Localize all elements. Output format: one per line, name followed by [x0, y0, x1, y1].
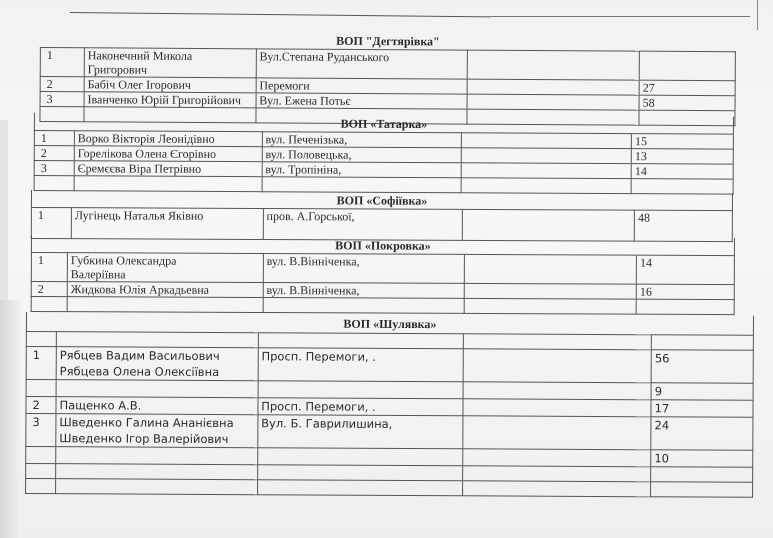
address-detail-redacted [463, 416, 651, 450]
street-address: вул. В.Вінніченка, [263, 254, 465, 284]
person-name: Шведенко Галина АнанієвнаШведенко Ігор В… [56, 414, 258, 448]
age-value: 14 [631, 164, 733, 180]
row-number: 1 [34, 131, 74, 146]
age-value: 58 [639, 95, 735, 111]
section-table-shulyavka: ВОП «Шулявка» 1 Рябцев Вадим ВасильовичР… [25, 312, 754, 498]
address-detail-redacted [468, 79, 640, 95]
address-detail-redacted [468, 50, 640, 80]
age-value [639, 51, 735, 81]
age-value: 13 [631, 149, 733, 165]
street-address: вул. В.Вінніченка, [263, 283, 465, 299]
person-name: Ворко Вікторія Леонідівно [74, 131, 262, 147]
row-number: 2 [34, 146, 74, 161]
person-name: Жидкова Юлія Аркадьевна [67, 282, 263, 298]
address-detail-redacted [462, 133, 632, 149]
row-number: 2 [26, 397, 56, 414]
person-name: Наконечний МиколаГригорович [84, 48, 256, 78]
person-name: Єремєєва Віра Петрівно [74, 161, 262, 177]
street-address: вул. Половецька, [262, 147, 462, 163]
row-number: 2 [31, 282, 67, 297]
address-detail-redacted [463, 399, 651, 417]
age-value: 27 [639, 80, 735, 96]
row-number: 1 [40, 48, 84, 77]
row-number: 3 [34, 161, 74, 176]
address-detail-redacted [467, 94, 639, 110]
empty-row [26, 479, 753, 498]
scanned-document-page: ВОП "Дегтярівка" 1 Наконечний МиколаГриг… [0, 0, 773, 538]
age-value: 17 [651, 400, 753, 418]
street-address: вул. Печенізька, [262, 132, 462, 148]
street-address: вул. Тропініна, [262, 162, 462, 178]
row-number: 3 [40, 92, 84, 107]
address-detail-redacted [464, 349, 652, 383]
page-edge-shadow [0, 300, 22, 538]
age-value: 14 [636, 255, 734, 284]
person-name [56, 380, 258, 398]
person-name: Рябцев Вадим ВасильовичРябцева Олена Оле… [56, 347, 258, 381]
age-value: 16 [636, 284, 734, 299]
address-detail-redacted [465, 283, 637, 299]
previous-table-bottom-line [70, 12, 490, 17]
table-row: 3 Шведенко Галина АнанієвнаШведенко Ігор… [26, 414, 753, 451]
street-address [257, 448, 463, 466]
person-name: Губкина ОлександраВалеріївна [67, 253, 263, 283]
section-table-sofiivka: ВОП «Софіївка» 1 Лугінець Наталья Яківно… [31, 190, 733, 242]
row-number [26, 380, 56, 397]
row-number: 1 [26, 347, 56, 380]
address-detail-redacted [465, 254, 637, 284]
age-value: 56 [651, 350, 753, 384]
age-value: 10 [651, 450, 753, 468]
street-address: Просп. Перемоги, . [258, 348, 464, 382]
age-value: 15 [631, 134, 733, 150]
row-number: 1 [31, 253, 67, 282]
row-number: 3 [26, 414, 56, 447]
table-row: 1 Наконечний МиколаГригорович Вул.Степан… [40, 48, 735, 81]
row-number: 1 [31, 208, 71, 239]
table-row: 1 Рябцев Вадим ВасильовичРябцева Олена О… [26, 347, 753, 384]
person-name: Пащенко А.В. [56, 397, 258, 415]
table-row: 1 Губкина ОлександраВалеріївна вул. В.Ві… [31, 253, 734, 285]
person-name: Горелікова Олена Єгорівно [74, 146, 262, 162]
street-address: Вул.Степана Руданського [256, 49, 468, 79]
age-value: 24 [651, 417, 753, 451]
street-address [258, 381, 464, 399]
previous-table-right-line [757, 0, 758, 30]
street-address: Просп. Перемоги, . [258, 398, 464, 416]
previous-table-bottom-line [490, 16, 750, 17]
row-number: 2 [40, 77, 84, 92]
address-detail-redacted [464, 382, 652, 400]
address-detail-redacted [463, 449, 651, 467]
section-table-tatarka: ВОП «Татарка» 1 Ворко Вікторія Леонідівн… [34, 113, 734, 195]
section-table-pokrovka: ВОП «Покровка» 1 Губкина ОлександраВалер… [31, 235, 735, 315]
page-edge-shadow [0, 120, 8, 320]
street-address: Вул. Ежена Потьє [256, 93, 468, 109]
person-name [56, 447, 258, 465]
street-address: Вул. Б. Гаврилишина, [258, 415, 464, 449]
person-name: Бабіч Олег Ігорович [84, 77, 256, 93]
section-table-degtyarivka: ВОП "Дегтярівка" 1 Наконечний МиколаГриг… [39, 30, 736, 126]
row-number [26, 447, 56, 464]
address-detail-redacted [462, 148, 632, 164]
address-detail-redacted [462, 163, 632, 179]
age-value: 9 [651, 383, 753, 401]
person-name: Іванченко Юрій Григорійович [84, 92, 256, 108]
street-address: Перемоги [256, 78, 468, 94]
